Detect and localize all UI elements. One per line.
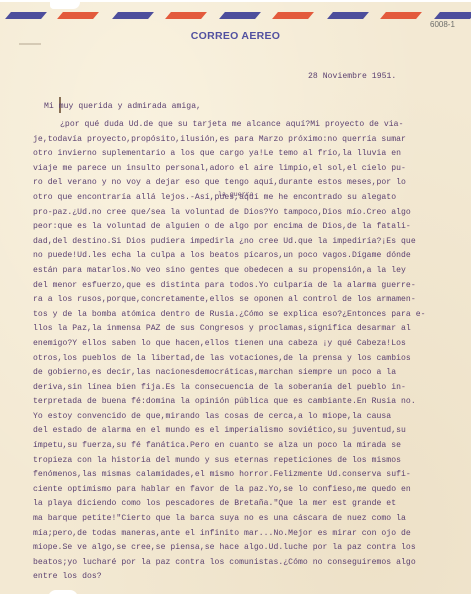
letter-line: llos la Paz,la inmensa PAZ de sus Congre… <box>33 322 453 337</box>
letterhead-title: CORREO AEREO <box>0 30 471 42</box>
letter-line: ciente optimismo para hablar en favor de… <box>33 483 453 498</box>
letter-body: ¿por qué duda Ud.de que su tarjeta me al… <box>33 118 453 585</box>
letter-line: la playa diciendo como los pescadores de… <box>33 497 453 512</box>
letter-line: ma barque petite!"Cierto que la barca su… <box>33 512 453 527</box>
letter-line: pro-paz.¿Ud.no cree que/sea la voluntad … <box>33 206 453 221</box>
letter-line: mía;pero,de todas maneras,ante el infini… <box>33 527 453 542</box>
letter-line: viaje me parece un insulto personal,ador… <box>33 162 453 177</box>
letter-date: 28 Noviembre 1951. <box>308 72 396 81</box>
letter-line: je,todavía proyecto,propósito,ilusión,es… <box>33 133 453 148</box>
airmail-stripe <box>434 12 471 19</box>
letter-line: otros,los pueblos de la libertad,de las … <box>33 352 453 367</box>
airmail-stripe <box>112 12 154 19</box>
letter-line: ro del verano y no voy a dejar eso que t… <box>33 176 453 191</box>
letter-line: del estado de alarma en el mundo es el i… <box>33 424 453 439</box>
letter-line: terpretada de buena fé:domina la opinión… <box>33 395 453 410</box>
letter-line: no puede!Ud.les echa la culpa a los beat… <box>33 249 453 264</box>
letter-line: del menor esfuerzo,que es distinta para … <box>33 279 453 294</box>
letter-line: ¿por qué duda Ud.de que su tarjeta me al… <box>33 118 453 133</box>
airmail-stripe <box>57 12 99 19</box>
torn-corner-top <box>50 2 80 9</box>
letter-line: deriva,sin línea bien fija.Es la consecu… <box>33 381 453 396</box>
letter-line: entre los dos? <box>33 570 453 585</box>
letter-line: tropieza con la historia del mundo y sus… <box>33 454 453 469</box>
letter-line: miope.Se ve algo,se cree,se piensa,se ha… <box>33 541 453 556</box>
letter-line: fenómenos,las mismas calamidades,el mism… <box>33 468 453 483</box>
airmail-stripe <box>5 12 47 19</box>
letter-line: Yo estoy convencido de que,mirando las c… <box>33 410 453 425</box>
letter-line: dad,del destino.Si Dios pudiera impedirl… <box>33 235 453 250</box>
letter-line: enemigo?Y ellos saben lo que hacen,ellos… <box>33 337 453 352</box>
letter-paper: CORREO AEREO 6008-1 28 Noviembre 1951. M… <box>0 2 471 594</box>
torn-corner-bottom <box>48 590 78 598</box>
letter-line: beatos;yo lucharé por la paz contra los … <box>33 556 453 571</box>
airmail-stripe <box>219 12 261 19</box>
letter-line: ra a los rusos,porque,concretamente,ello… <box>33 293 453 308</box>
airmail-stripe <box>165 12 207 19</box>
airmail-stripe <box>272 12 314 19</box>
letter-salutation: Mi muy querida y admirada amiga, <box>44 102 201 111</box>
airmail-stripes <box>0 12 471 20</box>
letter-line: de gobierno,es decir,las nacionesdemocrá… <box>33 366 453 381</box>
letter-line: tos y de la bomba atómica dentro de Rusi… <box>33 308 453 323</box>
airmail-stripe <box>380 12 422 19</box>
letter-line: otro invierno suplementario a los que ca… <box>33 147 453 162</box>
letter-line: ímpetu,su fuerza,su fé fanática.Pero en … <box>33 439 453 454</box>
archive-number: 6008-1 <box>430 20 455 29</box>
letter-line: peor:que es la voluntad de alguien o de … <box>33 220 453 235</box>
letter-line: están para matarlos.No veo sino gentes q… <box>33 264 453 279</box>
margin-mark <box>19 43 41 45</box>
airmail-stripe <box>327 12 369 19</box>
letter-line: otro que encontraría allá lejos.-Así,pue… <box>33 191 453 206</box>
